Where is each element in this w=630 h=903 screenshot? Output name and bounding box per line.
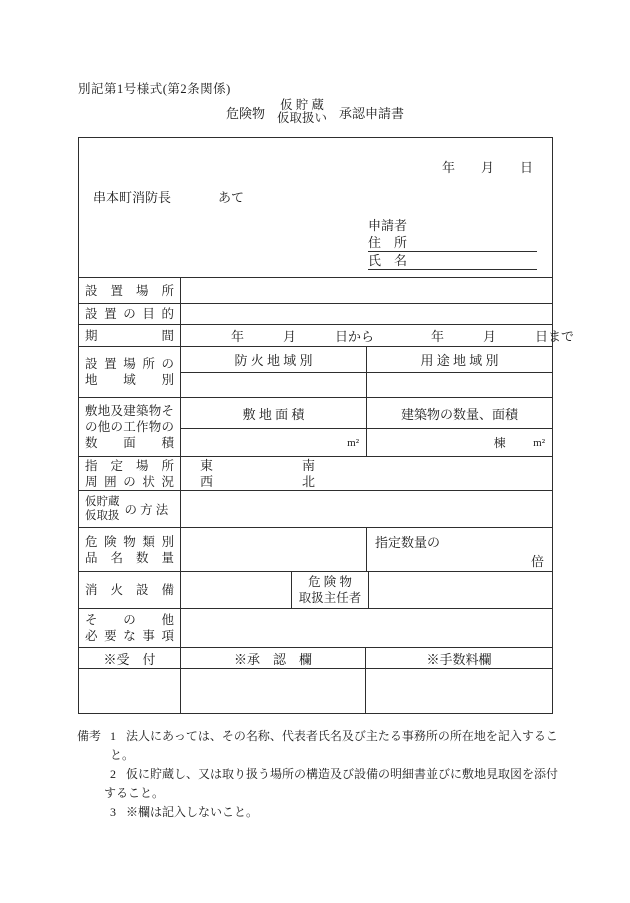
district-type-label: 設 置 場 所 の 地 域 別 (79, 347, 180, 397)
fire-equipment-value (180, 572, 291, 608)
remark-item-2: 2 仮に貯蔵し、又は取り扱う場所の構造及び設備の明細書並びに敷地見取図を添付 す… (110, 765, 558, 803)
title-stack: 仮 貯 蔵 仮取扱い (277, 99, 327, 125)
designated-quantity-label: 指定数量の (375, 532, 440, 551)
use-district-header: 用 途 地 域 別 (367, 347, 552, 373)
supervisor-label: 危 険 物 取扱主任者 (291, 572, 368, 608)
fire-district-column: 防 火 地 域 別 (180, 347, 366, 397)
building-unit: 棟 (494, 434, 506, 451)
row-site-buildings: 敷地及建築物そ の他の工作物の 数 面 積 敷 地 面 積 m² 建築物の数量、… (79, 397, 552, 456)
surroundings-value: 東南 西北 (180, 457, 552, 490)
reception-cell (79, 669, 180, 713)
title-stack-bottom: 仮取扱い (277, 112, 327, 125)
site-area-column: 敷 地 面 積 m² (180, 398, 366, 456)
site-area-header: 敷 地 面 積 (181, 398, 366, 429)
use-district-value (367, 373, 552, 397)
applicant-block: 申請者 住 所 氏 名 (368, 217, 537, 270)
period-label: 期 間 (79, 325, 180, 346)
row-other-matters: そ の 他 必 要 な 事 項 (79, 608, 552, 647)
applicant-address-field: 住 所 (368, 234, 537, 252)
fire-district-value (181, 373, 366, 397)
direction-line-2: 西北 (200, 474, 552, 490)
north-label: 北 (302, 474, 315, 489)
application-form-page: 別記第1号様式(第2条関係) 危険物 仮 貯 蔵 仮取扱い 承認申請書 年 月 … (0, 0, 630, 903)
title-suffix: 承認申請書 (339, 103, 404, 122)
designated-quantity-cell: 指定数量の 倍 (366, 528, 552, 571)
square-meter-unit: m² (533, 437, 545, 449)
row-method: 仮貯蔵 仮取扱 の 方 法 (79, 490, 552, 527)
form-number-label: 別記第1号様式(第2条関係) (78, 79, 231, 97)
form-title: 危険物 仮 貯 蔵 仮取扱い 承認申請書 (0, 99, 630, 125)
applicant-name-field: 氏 名 (368, 252, 537, 270)
row-office-headers: ※受 付 ※承 認 欄 ※手数料欄 (79, 647, 552, 668)
period-value: 年 月 日から 年 月 日まで (180, 325, 552, 346)
remarks-items: 1 法人にあっては、その名称、代表者氏名及び主たる事務所の所在地を記入するこ と… (110, 727, 558, 822)
reception-header: ※受 付 (79, 648, 180, 668)
applicant-label: 申請者 (368, 217, 537, 234)
fire-district-header: 防 火 地 域 別 (181, 347, 366, 373)
installation-place-value (180, 278, 552, 303)
purpose-label: 設 置 の 目 的 (79, 304, 180, 324)
method-label: 仮貯蔵 仮取扱 の 方 法 (79, 491, 180, 527)
site-area-value: m² (181, 429, 366, 456)
hazmat-label: 危 険 物 類 別 品 名 数 量 (79, 528, 180, 571)
multiple-unit: 倍 (531, 551, 544, 570)
building-count-header: 建築物の数量、面積 (367, 398, 552, 429)
other-matters-label: そ の 他 必 要 な 事 項 (79, 609, 180, 647)
site-buildings-label: 敷地及建築物そ の他の工作物の 数 面 積 (79, 398, 180, 456)
row-surroundings: 指 定 場 所 周 囲 の 状 況 東南 西北 (79, 456, 552, 490)
fee-header: ※手数料欄 (365, 648, 552, 668)
remarks-section: 備考 1 法人にあっては、その名称、代表者氏名及び主たる事務所の所在地を記入する… (77, 727, 558, 822)
east-label: 東 (200, 458, 302, 474)
remarks-label: 備考 (77, 727, 110, 822)
row-district-type: 設 置 場 所 の 地 域 別 防 火 地 域 別 用 途 地 域 別 (79, 346, 552, 397)
other-matters-value (180, 609, 552, 647)
row-office-cells (79, 668, 552, 713)
remark-3-text: ※欄は記入しないこと。 (126, 803, 258, 822)
row-hazmat: 危 険 物 類 別 品 名 数 量 指定数量の 倍 (79, 527, 552, 571)
row-period: 期 間 年 月 日から 年 月 日まで (79, 324, 552, 346)
approval-header: ※承 認 欄 (180, 648, 365, 668)
building-count-value: 棟 m² (367, 429, 552, 456)
hazmat-value (180, 528, 366, 571)
remark-2-text: 仮に貯蔵し、又は取り扱う場所の構造及び設備の明細書並びに敷地見取図を添付 するこ… (126, 765, 558, 803)
fire-equipment-label: 消 火 設 備 (79, 572, 180, 608)
form-outer-border: 年 月 日 串本町消防長あて 申請者 住 所 氏 名 設 置 場 所 設 置 の… (78, 137, 553, 714)
south-label: 南 (302, 458, 315, 473)
building-count-column: 建築物の数量、面積 棟 m² (366, 398, 552, 456)
temp-storage-label: 仮貯蔵 (85, 495, 120, 509)
approval-cell (180, 669, 365, 713)
remark-1-text: 法人にあっては、その名称、代表者氏名及び主たる事務所の所在地を記入するこ と。 (126, 727, 558, 765)
period-from: 年 月 日から (231, 326, 374, 345)
supervisor-value (368, 572, 552, 608)
title-prefix: 危険物 (226, 103, 265, 122)
period-to: 年 月 日まで (431, 326, 574, 345)
installation-place-label: 設 置 場 所 (79, 278, 180, 303)
method-value (180, 491, 552, 527)
fee-cell (365, 669, 552, 713)
method-label-stack: 仮貯蔵 仮取扱 (85, 495, 120, 523)
direction-line-1: 東南 (200, 458, 552, 474)
row-fire-equipment: 消 火 設 備 危 険 物 取扱主任者 (79, 571, 552, 608)
temp-handling-label: 仮取扱 (85, 509, 120, 523)
date-line: 年 月 日 (442, 157, 533, 176)
row-purpose: 設 置 の 目 的 (79, 303, 552, 324)
addressee-line: 串本町消防長あて (93, 187, 244, 206)
use-district-column: 用 途 地 域 別 (366, 347, 552, 397)
method-label-suffix: の 方 法 (125, 500, 169, 518)
addressee: 串本町消防長 (93, 190, 171, 205)
purpose-value (180, 304, 552, 324)
square-meter-unit: m² (347, 437, 359, 449)
form-header-section: 年 月 日 串本町消防長あて 申請者 住 所 氏 名 (79, 138, 552, 277)
surroundings-label: 指 定 場 所 周 囲 の 状 況 (79, 457, 180, 490)
addressee-suffix: あて (218, 190, 244, 205)
remark-item-3: 3 ※欄は記入しないこと。 (110, 803, 558, 822)
row-installation-place: 設 置 場 所 (79, 277, 552, 303)
remark-item-1: 1 法人にあっては、その名称、代表者氏名及び主たる事務所の所在地を記入するこ と… (110, 727, 558, 765)
west-label: 西 (200, 474, 302, 490)
